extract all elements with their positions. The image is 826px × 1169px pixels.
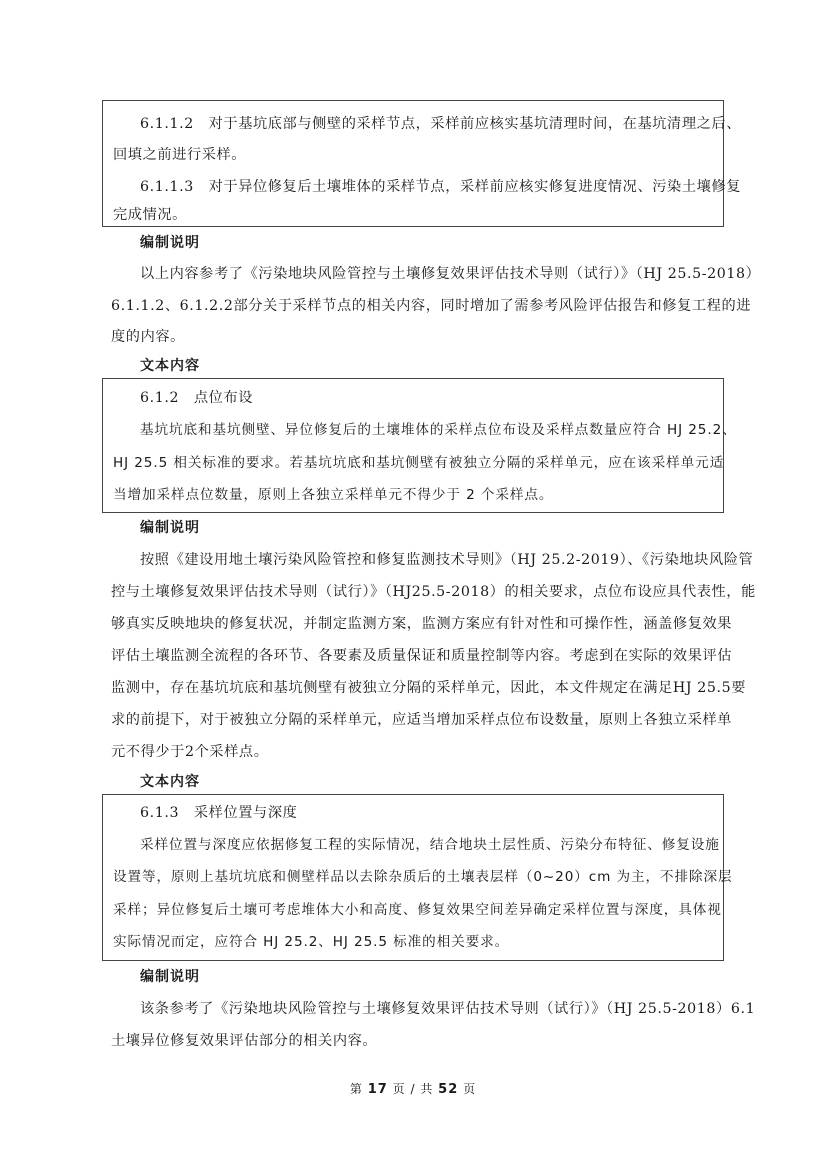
total-pages-number: 52 [438,1082,458,1097]
note-line: 6.1.1.2、6.1.2.2部分关于采样节点的相关内容，同时增加了需参考风险评… [111,296,751,316]
paragraph-line: 设置等，原则上基坑坑底和侧壁样品以去除杂质后的土壤表层样（0~20）cm 为主，… [113,867,732,887]
drafting-note-heading: 编制说明 [140,518,200,538]
text-content-box-6-1-2: 6.1.2 点位布设 基坑坑底和基坑侧壁、异位修复后的土壤堆体的采样点位布设及采… [102,378,724,513]
note-line: 监测中，存在基坑坑底和基坑侧壁有被独立分隔的采样单元，因此，本文件规定在满足HJ… [111,678,746,698]
paragraph-line: HJ 25.5 相关标准的要求。若基坑坑底和基坑侧壁有被独立分隔的采样单元，应在… [113,453,724,473]
note-line: 该条参考了《污染地块风险管控与土壤修复效果评估技术导则（试行）》（HJ 25.5… [140,999,755,1019]
paragraph-line: 当增加采样点位数量，原则上各独立采样单元不得少于 2 个采样点。 [113,485,553,505]
section-title-6-1-3: 6.1.3 采样位置与深度 [140,803,297,823]
note-line: 以上内容参考了《污染地块风险管控与土壤修复效果评估技术导则（试行）》（HJ 25… [140,264,760,284]
note-line: 元不得少于2个采样点。 [111,742,269,762]
paragraph-6-1-1-3: 6.1.1.3 对于异位修复后土壤堆体的采样节点，采样前应核实修复进度情况、污染… [140,177,741,197]
drafting-note-heading: 编制说明 [140,967,200,987]
paragraph-line: 回填之前进行采样。 [113,145,246,165]
paragraph-line: 完成情况。 [113,205,187,225]
paragraph-line: 采样位置与深度应依据修复工程的实际情况，结合地块土层性质、污染分布特征、修复设施 [140,835,720,855]
footer-suffix: 页 [463,1082,476,1096]
text-content-box-6-1-3: 6.1.3 采样位置与深度 采样位置与深度应依据修复工程的实际情况，结合地块土层… [102,794,724,961]
text-content-box-6-1-1: 6.1.1.2 对于基坑底部与侧壁的采样节点，采样前应核实基坑清理时间，在基坑清… [102,100,724,227]
text-content-heading: 文本内容 [140,356,200,376]
note-line: 按照《建设用地土壤污染风险管控和修复监测技术导则》（HJ 25.2-2019）、… [140,550,753,570]
document-page: 6.1.1.2 对于基坑底部与侧壁的采样节点，采样前应核实基坑清理时间，在基坑清… [0,0,826,1169]
note-line: 控与土壤修复效果评估技术导则（试行）》（HJ25.5-2018）的相关要求，点位… [111,582,756,602]
footer-prefix: 第 [350,1082,363,1096]
text-content-heading: 文本内容 [140,772,200,792]
note-line: 土壤异位修复效果评估部分的相关内容。 [111,1031,377,1051]
note-line: 求的前提下，对于被独立分隔的采样单元，应适当增加采样点位布设数量，原则上各独立采… [111,710,732,730]
section-title-6-1-2: 6.1.2 点位布设 [140,388,253,408]
page-footer: 第 17 页 / 共 52 页 [0,1080,826,1097]
paragraph-line: 采样；异位修复后土壤可考虑堆体大小和高度、修复效果空间差异确定采样位置与深度，具… [113,900,722,920]
drafting-note-heading: 编制说明 [140,233,200,253]
paragraph-line: 基坑坑底和基坑侧壁、异位修复后的土壤堆体的采样点位布设及采样点数量应符合 HJ … [140,420,737,440]
note-line: 够真实反映地块的修复状况，并制定监测方案，监测方案应有针对性和可操作性，涵盖修复… [111,614,732,634]
note-line: 评估土壤监测全流程的各环节、各要素及质量保证和质量控制等内容。考虑到在实际的效果… [111,646,732,666]
paragraph-6-1-1-2: 6.1.1.2 对于基坑底部与侧壁的采样节点，采样前应核实基坑清理时间，在基坑清… [140,114,741,134]
footer-middle: 页 / 共 [393,1082,434,1096]
note-line: 度的内容。 [111,327,185,347]
paragraph-line: 实际情况而定，应符合 HJ 25.2、HJ 25.5 标准的相关要求。 [113,932,509,952]
current-page-number: 17 [368,1082,388,1097]
